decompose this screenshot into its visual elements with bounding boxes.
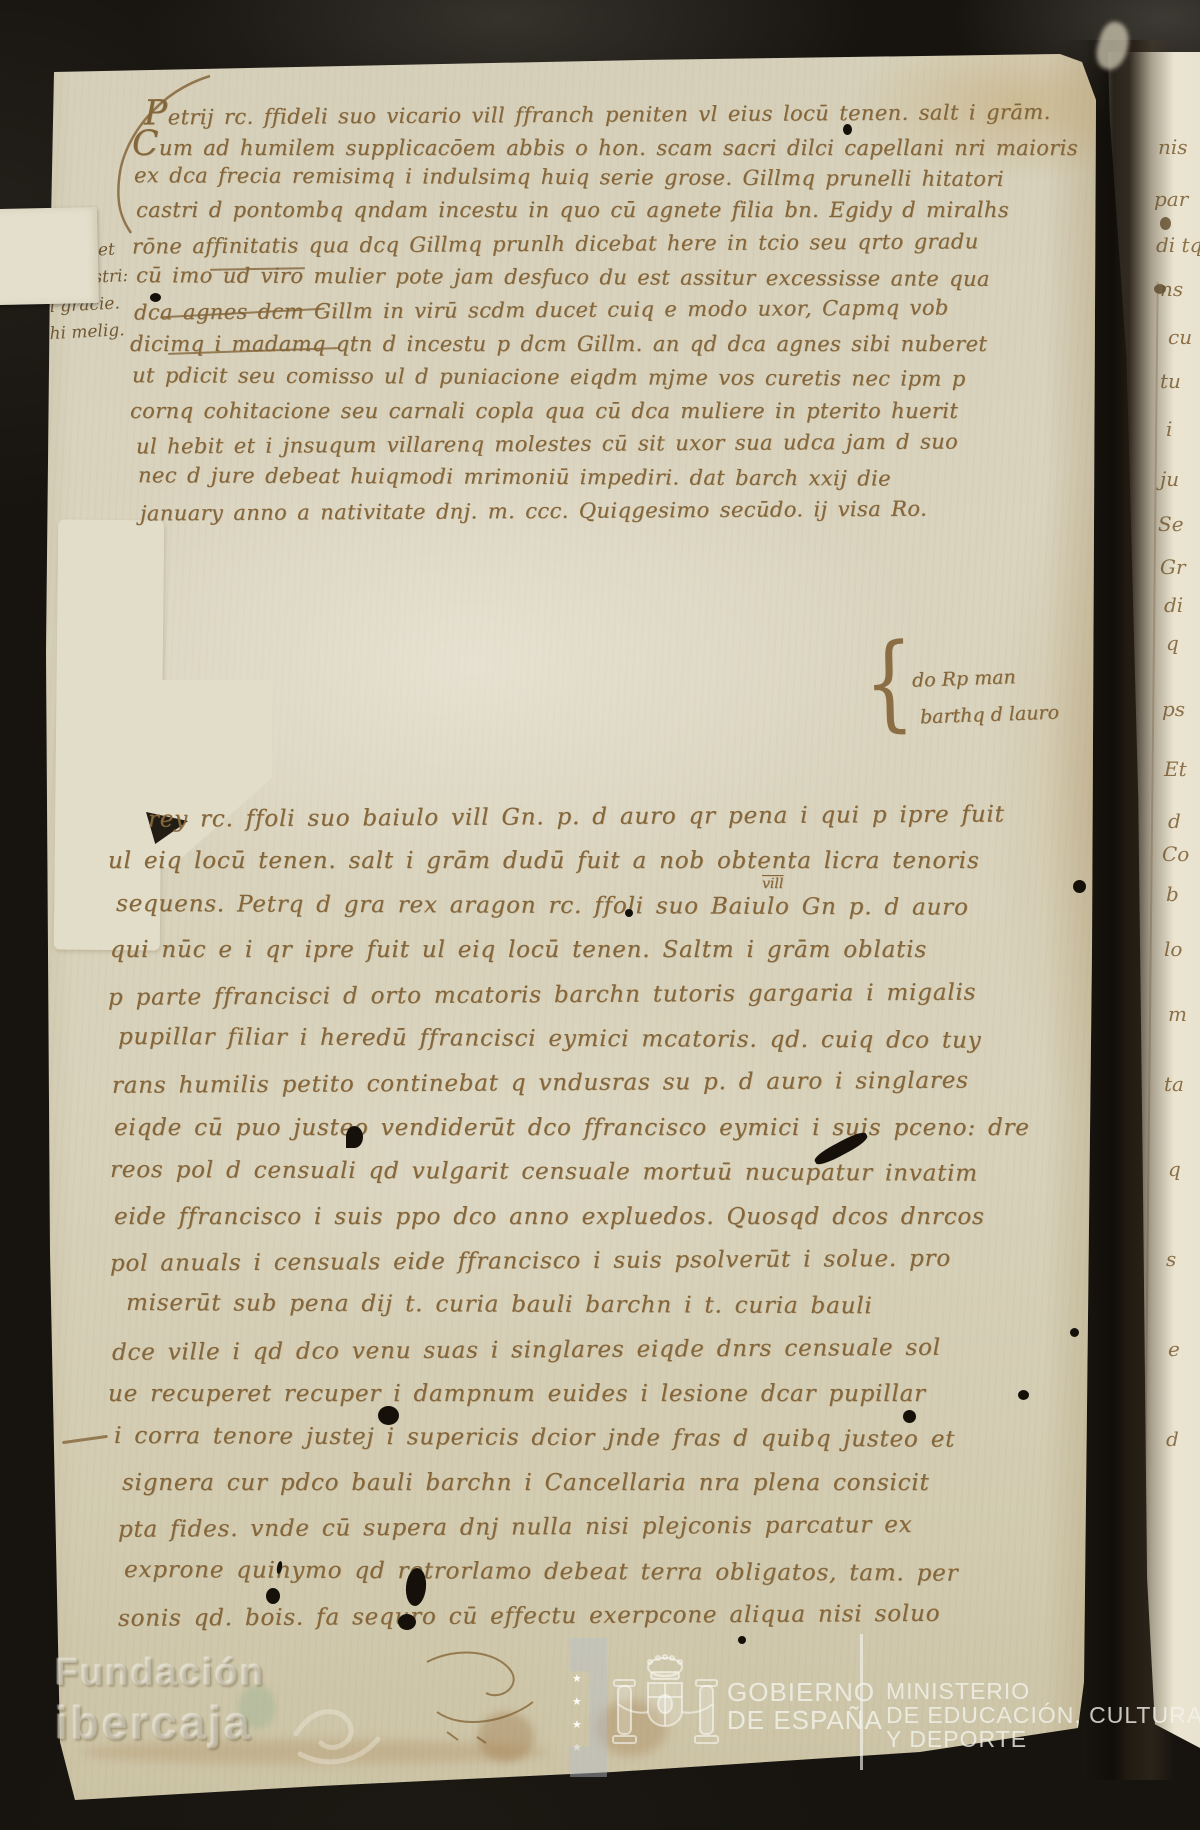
ibercaja-watermark-line2: ibercaja	[55, 1696, 253, 1750]
manuscript-line: ut pdicit seu comisso ul d puniacione ei…	[132, 363, 958, 400]
manuscript-line: Petrij rc. ffideli suo vicario vill ffra…	[144, 96, 958, 134]
manuscript-line: cornq cohitacione seu carnali copla qua …	[130, 399, 958, 432]
ibercaja-flourish	[288, 1692, 388, 1770]
star-icon: ★	[572, 1718, 582, 1731]
ibercaja-watermark-line1: Fundación	[55, 1652, 265, 1695]
manuscript-line: dce ville i qd dco venu suas i singlares…	[112, 1334, 1048, 1384]
manuscript-line: qui nūc e i qr ipre fuit ul eiq locū ten…	[110, 937, 1048, 981]
manuscript-line: miserūt sub pena dij t. curia bauli barc…	[126, 1290, 1048, 1338]
manuscript-line: ul eiq locū tenen. salt i grām dudū fuit…	[108, 848, 1048, 892]
manuscript-line: cū imo ud viro mulier pote jam desfuco d…	[136, 263, 958, 300]
ink-blot	[266, 1588, 280, 1604]
ink-blot	[843, 124, 852, 135]
watermark-divider	[860, 1634, 863, 1770]
ink-stroke	[62, 1435, 108, 1444]
manuscript-line: reos pol d censuali qd vulgarit censuale…	[110, 1157, 1048, 1205]
star-icon: ★	[572, 1695, 582, 1708]
ink-blot	[378, 1406, 399, 1425]
manuscript-line: p parte ffrancisci d orto mcatoris barch…	[108, 979, 1048, 1029]
manuscript-line: Cum ad humilem supplicacōem abbis o hon.…	[132, 131, 958, 164]
ministerio-text-line2: DE EDUCACIÓN, CULTURA	[886, 1702, 1200, 1729]
ink-blot	[903, 1410, 916, 1423]
ink-blot	[1073, 880, 1086, 893]
manuscript-line: rey rc. ffoli suo baiulo vill Gn. p. d a…	[148, 801, 1048, 851]
spain-coat-of-arms-icon	[608, 1652, 723, 1760]
ink-blot	[150, 293, 161, 302]
manuscript-line: pta fides. vnde cū supera dnj nulla nisi…	[118, 1511, 1048, 1561]
ink-blot	[1018, 1390, 1029, 1400]
manuscript-line: dca agnes dcm Gillm in virū scdm ducet c…	[134, 296, 958, 334]
annotation-line: barthq d lauro	[920, 702, 1060, 729]
manuscript-line: exprone quinymo qd retrorlamo debeat ter…	[124, 1557, 1048, 1605]
manuscript-line: rōne affinitatis qua dcq Gillmq prunlh d…	[132, 229, 958, 267]
manuscript-line: sequens. Petrq d gra rex aragon rc. ffol…	[116, 891, 1048, 939]
manuscript-line: january anno a nativitate dnj. m. ccc. Q…	[140, 496, 958, 534]
manuscript-line: ex dca frecia remisimq i indulsimq huiq …	[134, 163, 958, 200]
manuscript-line: i corra tenore justej i supericis dcior …	[114, 1423, 1048, 1471]
ink-blot	[738, 1636, 746, 1644]
annotation-line: do Rp man	[912, 666, 1016, 692]
manuscript-photo: nis par di tq ns cu tu i ju Se Gr di q p…	[0, 0, 1200, 1830]
manuscript-line: nec d jure debeat huiqmodi mrimoniū impe…	[138, 464, 958, 501]
ink-blot	[346, 1126, 363, 1148]
ministerio-text-line3: Y DEPORTE	[886, 1726, 1027, 1753]
manuscript-line: dicimq i madamq qtn d incestu p dcm Gill…	[130, 332, 958, 365]
manuscript-line: pol anuals i censuals eide ffrancisco i …	[110, 1245, 1048, 1295]
ministerio-text-line1: MINISTERIO	[886, 1678, 1030, 1705]
annotation-brace: {	[863, 629, 915, 735]
star-icon: ★	[572, 1741, 582, 1754]
repair-patch-tab	[0, 207, 99, 305]
ink-blot	[398, 1614, 416, 1630]
manuscript-line: pupillar filiar i heredū ffrancisci eymi…	[118, 1024, 1048, 1072]
manuscript-line: eide ffrancisco i suis ppo dco anno expl…	[114, 1204, 1048, 1248]
text-block-primary: Petrij rc. ffideli suo vicario vill ffra…	[128, 98, 958, 532]
pen-flourish-bottom	[415, 1640, 555, 1750]
manuscript-line: castri d pontombq qndam incestu in quo c…	[136, 198, 958, 231]
text-block-secondary: rey rc. ffoli suo baiulo vill Gn. p. d a…	[108, 804, 1048, 1647]
ink-blot	[625, 909, 633, 917]
manuscript-line: signera cur pdco bauli barchn i Cancella…	[122, 1470, 1048, 1514]
star-icon: ★	[572, 1672, 582, 1685]
ink-blot	[1070, 1328, 1079, 1337]
manuscript-line: eiqde cū puo justeo vendiderūt dco ffran…	[114, 1115, 1048, 1159]
manuscript-page: No debet hi registri: hi gracie. vhi mel…	[20, 52, 1098, 1804]
manuscript-line: rans humilis petito continebat q vndusra…	[112, 1067, 1048, 1117]
superscript-correction: vill	[762, 876, 783, 892]
manuscript-line: ul hebit et i jnsuqum villarenq molestes…	[136, 429, 958, 467]
gobierno-text-line1: GOBIERNO	[727, 1677, 875, 1708]
